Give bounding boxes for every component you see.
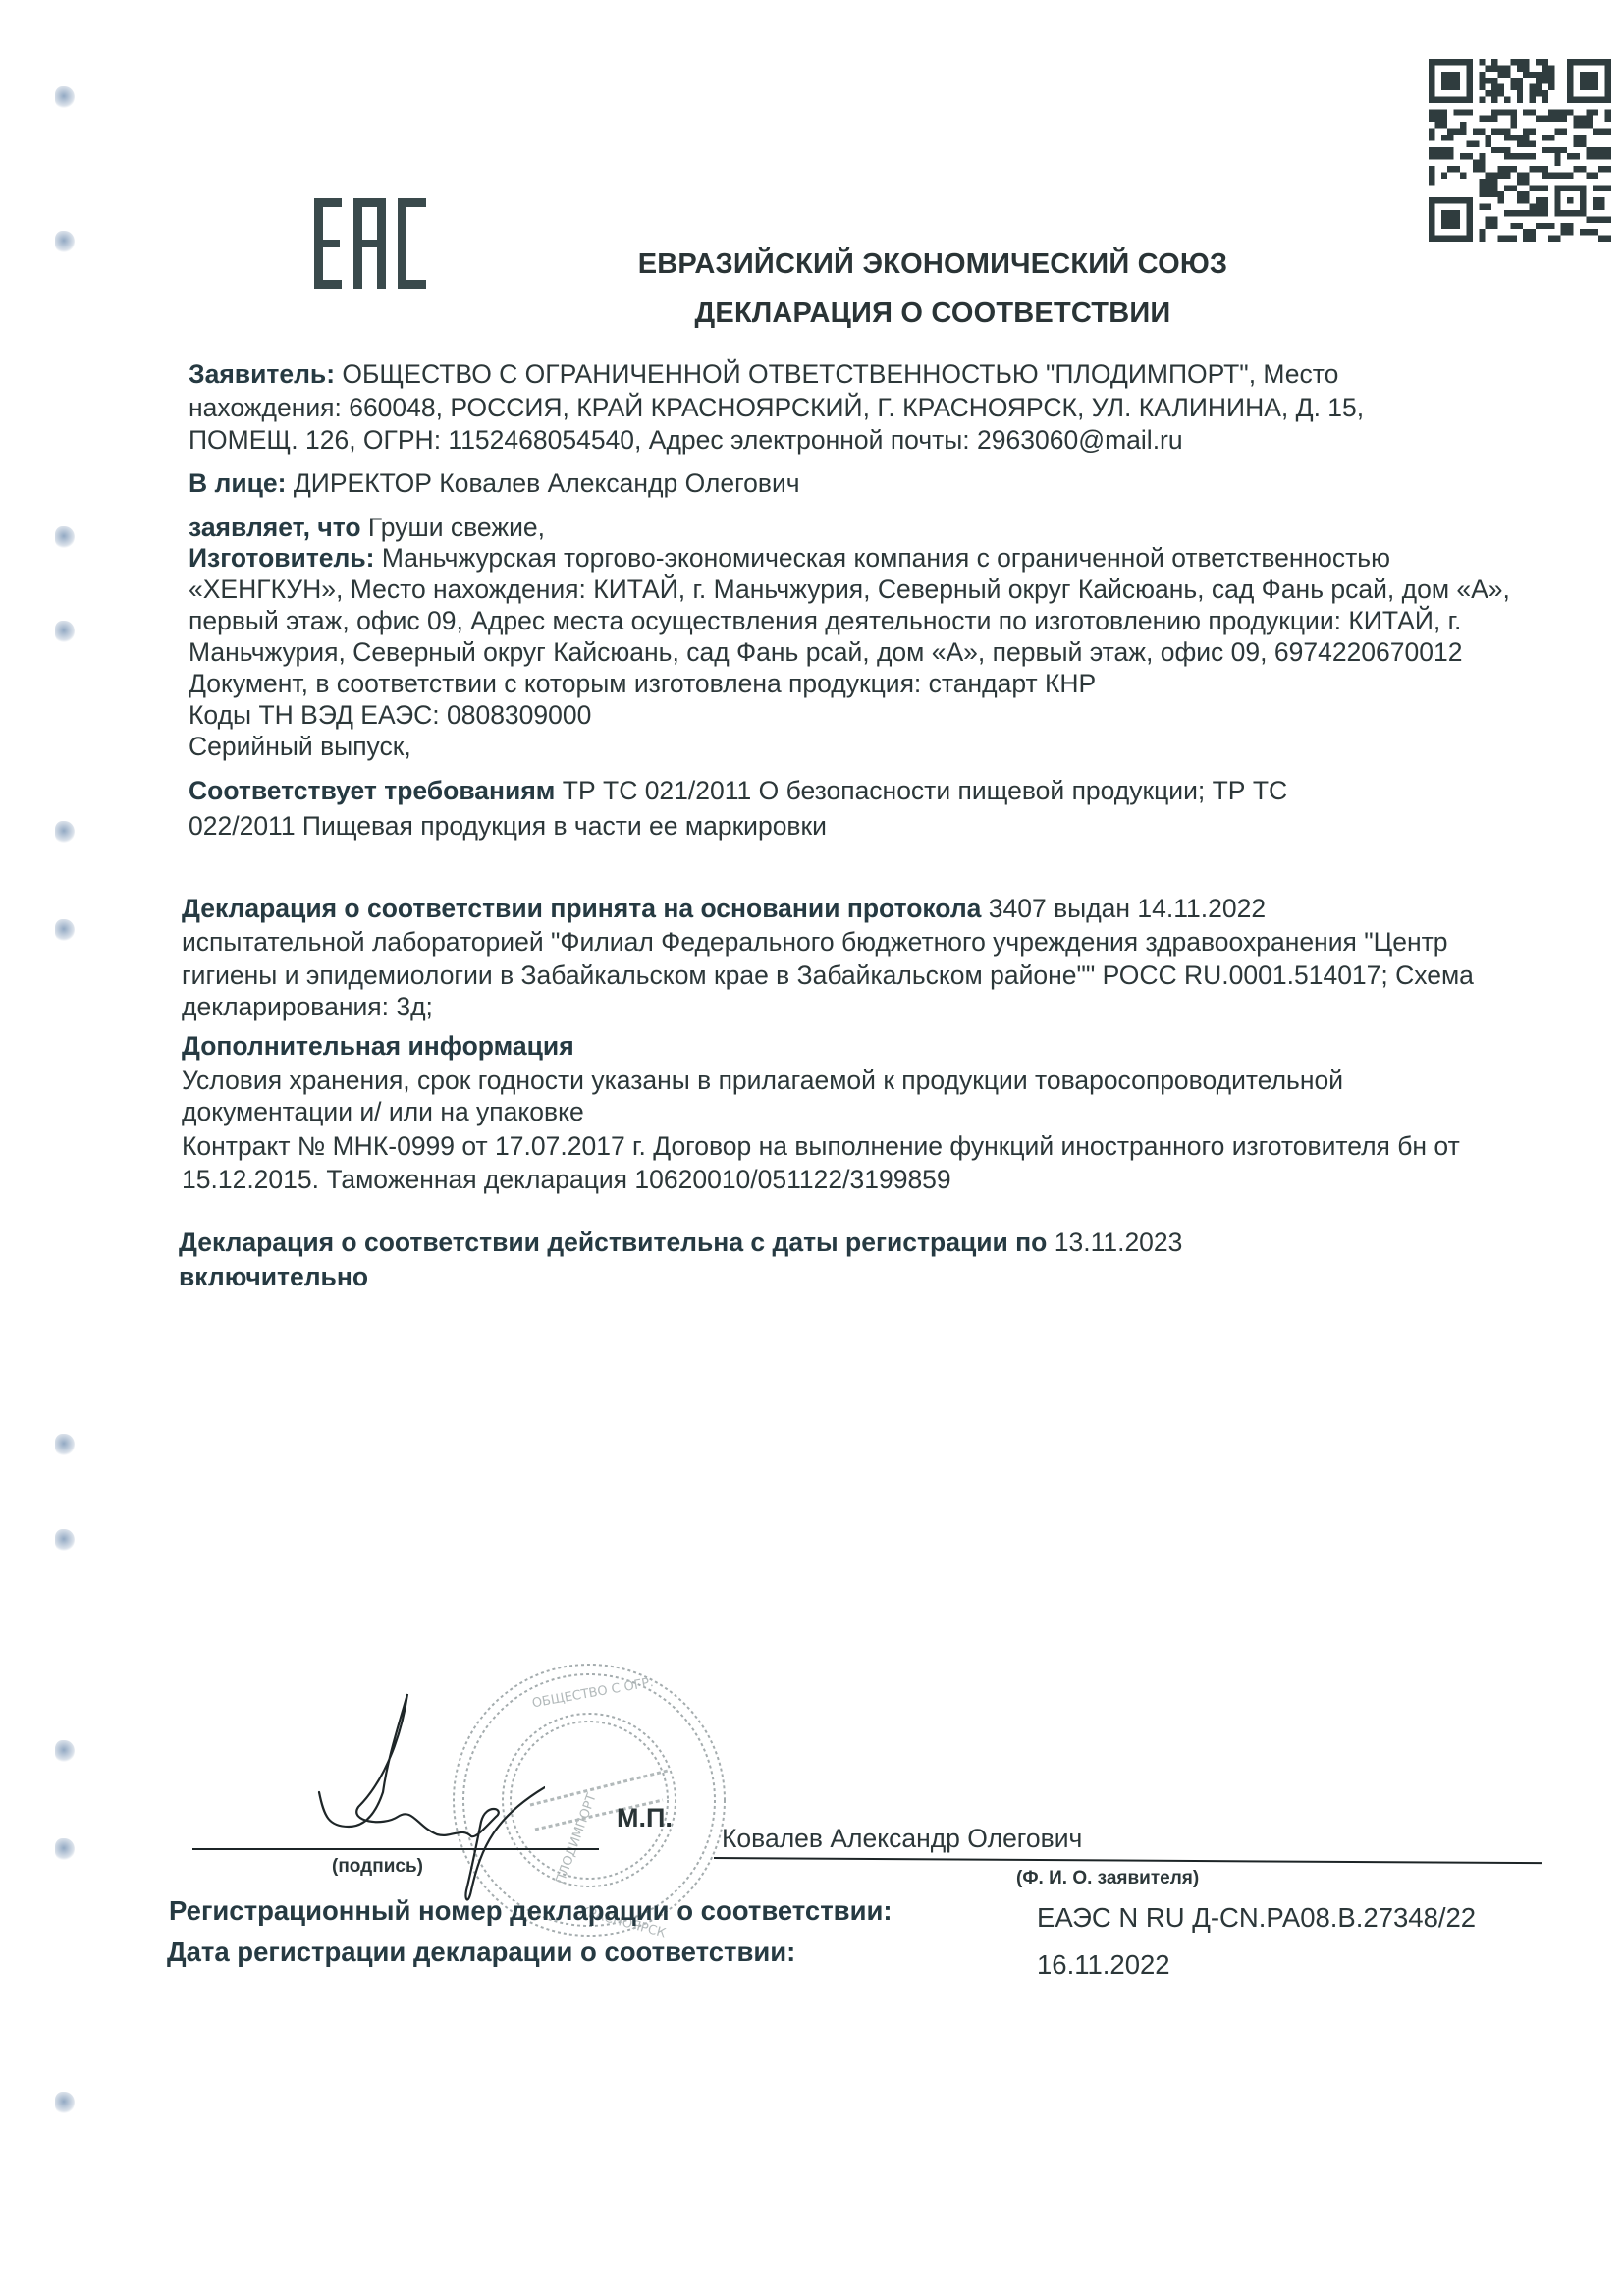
manufacturer-line-4: Маньчжурия, Северный округ Кайсюань, сад… xyxy=(189,637,1462,668)
represented-by-value: ДИРЕКТОР Ковалев Александр Олегович xyxy=(286,468,799,498)
serial-release-line: Серийный выпуск, xyxy=(189,732,411,762)
eac-logo-icon xyxy=(312,196,428,291)
punch-mark xyxy=(55,1740,75,1762)
complies-label: Соответствует требованиям xyxy=(189,776,555,805)
applicant-line-2: нахождения: 660048, РОССИЯ, КРАЙ КРАСНОЯ… xyxy=(189,393,1364,423)
product-name: Груши свежие, xyxy=(361,513,545,542)
manufacturer-line-3: первый этаж, офис 09, Адрес места осущес… xyxy=(189,606,1461,636)
manufacturer-text: Маньчжурская торгово-экономическая компа… xyxy=(375,543,1390,573)
standard-line: Документ, в соответствии с которым изгот… xyxy=(189,669,1096,699)
punch-mark xyxy=(55,821,75,843)
registration-date-label: Дата регистрации декларации о соответств… xyxy=(167,1937,795,1968)
signature-rule xyxy=(192,1848,599,1850)
registration-number-label: Регистрационный номер декларации о соотв… xyxy=(169,1895,893,1927)
applicant-line-3: ПОМЕЩ. 126, ОГРН: 1152468054540, Адрес э… xyxy=(189,425,1183,456)
basis-protocol: 3407 выдан 14.11.2022 xyxy=(981,894,1266,923)
punch-mark xyxy=(55,919,75,941)
registration-number-value: ЕАЭС N RU Д-CN.РА08.В.27348/22 xyxy=(1037,1902,1476,1934)
validity-line-2: включительно xyxy=(179,1262,368,1292)
basis-line-2: испытательной лабораторией "Филиал Федер… xyxy=(182,927,1447,957)
signature-caption: (подпись) xyxy=(332,1856,423,1878)
registration-date-value: 16.11.2022 xyxy=(1037,1949,1170,1981)
validity-label: Декларация о соответствии действительна … xyxy=(179,1228,1047,1257)
represented-by-label: В лице: xyxy=(189,468,286,498)
punch-mark xyxy=(55,1838,75,1860)
union-title: ЕВРАЗИЙСКИЙ ЭКОНОМИЧЕСКИЙ СОЮЗ xyxy=(609,248,1257,281)
complies-text: ТР ТС 021/2011 О безопасности пищевой пр… xyxy=(555,776,1287,805)
punch-mark xyxy=(55,1434,75,1455)
punch-mark xyxy=(55,86,75,108)
additional-info-heading: Дополнительная информация xyxy=(182,1031,574,1062)
applicant-line-1: Заявитель: ОБЩЕСТВО С ОГРАНИЧЕННОЙ ОТВЕТ… xyxy=(189,359,1338,390)
document-title: ДЕКЛАРАЦИЯ О СООТВЕТСТВИИ xyxy=(609,298,1257,330)
additional-info-line-4: 15.12.2015. Таможенная декларация 106200… xyxy=(182,1165,951,1195)
additional-info-line-1: Условия хранения, срок годности указаны … xyxy=(182,1066,1343,1096)
declares-label: заявляет, что xyxy=(189,513,361,542)
name-rule xyxy=(714,1857,1542,1864)
manufacturer-line-2: «ХЕНГКУН», Место нахождения: КИТАЙ, г. М… xyxy=(189,574,1510,605)
basis-line-3: гигиены и эпидемиологии в Забайкальском … xyxy=(182,960,1474,991)
complies-line-2: 022/2011 Пищевая продукция в части ее ма… xyxy=(189,811,827,842)
punch-mark xyxy=(55,231,75,252)
additional-info-line-2: документации и/ или на упаковке xyxy=(182,1097,584,1127)
basis-label: Декларация о соответствии принята на осн… xyxy=(182,894,981,923)
punch-mark xyxy=(55,1529,75,1551)
represented-by-line: В лице: ДИРЕКТОР Ковалев Александр Олего… xyxy=(189,468,800,499)
signer-name: Ковалев Александр Олегович xyxy=(722,1824,1082,1854)
manufacturer-label: Изготовитель: xyxy=(189,543,375,573)
applicant-text: ОБЩЕСТВО С ОГРАНИЧЕННОЙ ОТВЕТСТВЕННОСТЬЮ… xyxy=(335,359,1338,389)
seal-placeholder-label: М.П. xyxy=(617,1803,673,1833)
applicant-label: Заявитель: xyxy=(189,359,335,389)
declares-line: заявляет, что Груши свежие, xyxy=(189,513,545,543)
complies-line-1: Соответствует требованиям ТР ТС 021/2011… xyxy=(189,776,1287,806)
punch-mark xyxy=(55,621,75,642)
svg-text:ПЛОДИМПОРТ: ПЛОДИМПОРТ xyxy=(554,1792,600,1886)
validity-line-1: Декларация о соответствии действительна … xyxy=(179,1228,1182,1258)
basis-line-4: декларирования: 3д; xyxy=(182,992,433,1022)
name-caption: (Ф. И. О. заявителя) xyxy=(1016,1868,1199,1889)
basis-line-1: Декларация о соответствии принята на осн… xyxy=(182,894,1266,924)
svg-text:ОБЩЕСТВО С ОГР.: ОБЩЕСТВО С ОГР. xyxy=(531,1675,655,1712)
punch-mark xyxy=(55,2092,75,2113)
manufacturer-line-1: Изготовитель: Маньчжурская торгово-эконо… xyxy=(189,543,1390,574)
punch-mark xyxy=(55,526,75,548)
qr-code-icon xyxy=(1429,57,1611,244)
validity-date: 13.11.2023 xyxy=(1047,1228,1182,1257)
hs-codes-line: Коды ТН ВЭД ЕАЭС: 0808309000 xyxy=(189,700,591,731)
additional-info-line-3: Контракт № МНК-0999 от 17.07.2017 г. Дог… xyxy=(182,1131,1460,1162)
